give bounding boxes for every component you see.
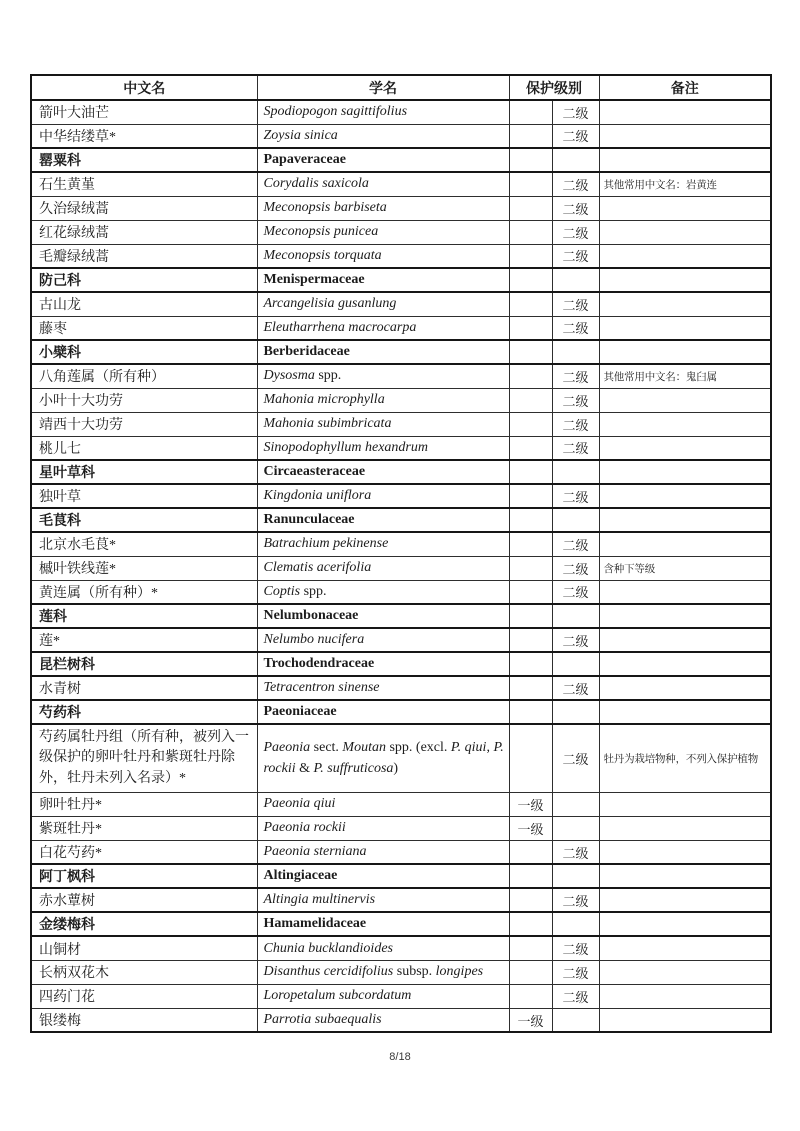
- chinese-name-cell: 红花绿绒蒿: [31, 220, 257, 244]
- chinese-name-cell: 芍药属牡丹组（所有种，被列入一级保护的卵叶牡丹和紫斑牡丹除外，牡丹未列入名录）*: [31, 724, 257, 792]
- level-2-cell: 二级: [552, 840, 599, 864]
- level-1-cell: [509, 340, 552, 364]
- level-2-cell: [552, 604, 599, 628]
- remark-cell: 含种下等级: [599, 556, 771, 580]
- remark-cell: [599, 912, 771, 936]
- level-1-cell: [509, 676, 552, 700]
- level-2-cell: 二级: [552, 960, 599, 984]
- species-row: 八角莲属（所有种）Dysosma spp.二级其他常用中文名：鬼臼属: [31, 364, 771, 388]
- col-header-remarks: 备注: [599, 75, 771, 100]
- species-row: 白花芍药*Paeonia sterniana二级: [31, 840, 771, 864]
- family-row: 毛茛科Ranunculaceae: [31, 508, 771, 532]
- species-row: 北京水毛茛*Batrachium pekinense二级: [31, 532, 771, 556]
- chinese-name-cell: 古山龙: [31, 292, 257, 316]
- scientific-name-cell: Paeoniaceae: [257, 700, 509, 724]
- level-1-cell: [509, 508, 552, 532]
- species-row: 银缕梅Parrotia subaequalis一级: [31, 1008, 771, 1032]
- scientific-name-cell: Mahonia microphylla: [257, 388, 509, 412]
- level-1-cell: [509, 840, 552, 864]
- remark-cell: [599, 604, 771, 628]
- level-1-cell: [509, 268, 552, 292]
- chinese-name-cell: 箭叶大油芒: [31, 100, 257, 124]
- species-row: 芍药属牡丹组（所有种，被列入一级保护的卵叶牡丹和紫斑牡丹除外，牡丹未列入名录）*…: [31, 724, 771, 792]
- species-row: 独叶草Kingdonia uniflora二级: [31, 484, 771, 508]
- level-1-cell: [509, 532, 552, 556]
- level-2-cell: [552, 460, 599, 484]
- scientific-name-cell: Kingdonia uniflora: [257, 484, 509, 508]
- scientific-name-cell: Tetracentron sinense: [257, 676, 509, 700]
- remark-cell: [599, 816, 771, 840]
- level-1-cell: [509, 436, 552, 460]
- level-1-cell: 一级: [509, 816, 552, 840]
- level-1-cell: [509, 984, 552, 1008]
- level-2-cell: 二级: [552, 888, 599, 912]
- level-1-cell: [509, 244, 552, 268]
- scientific-name-cell: Corydalis saxicola: [257, 172, 509, 196]
- family-row: 金缕梅科Hamamelidaceae: [31, 912, 771, 936]
- family-row: 芍药科Paeoniaceae: [31, 700, 771, 724]
- level-1-cell: [509, 912, 552, 936]
- scientific-name-cell: Loropetalum subcordatum: [257, 984, 509, 1008]
- remark-cell: [599, 1008, 771, 1032]
- level-1-cell: [509, 936, 552, 960]
- remark-cell: [599, 960, 771, 984]
- scientific-name-cell: Batrachium pekinense: [257, 532, 509, 556]
- family-row: 昆栏树科Trochodendraceae: [31, 652, 771, 676]
- scientific-name-cell: Altingia multinervis: [257, 888, 509, 912]
- level-2-cell: [552, 864, 599, 888]
- level-1-cell: [509, 460, 552, 484]
- remark-cell: [599, 840, 771, 864]
- chinese-name-cell: 藤枣: [31, 316, 257, 340]
- species-row: 黄连属（所有种）*Coptis spp.二级: [31, 580, 771, 604]
- level-2-cell: [552, 700, 599, 724]
- scientific-name-cell: Berberidaceae: [257, 340, 509, 364]
- level-1-cell: [509, 724, 552, 792]
- species-row: 紫斑牡丹*Paeonia rockii一级: [31, 816, 771, 840]
- remark-cell: [599, 124, 771, 148]
- level-2-cell: 二级: [552, 412, 599, 436]
- scientific-name-cell: Nelumbo nucifera: [257, 628, 509, 652]
- chinese-name-cell: 靖西十大功劳: [31, 412, 257, 436]
- scientific-name-cell: Mahonia subimbricata: [257, 412, 509, 436]
- level-1-cell: [509, 556, 552, 580]
- scientific-name-cell: Meconopsis barbiseta: [257, 196, 509, 220]
- species-row: 久治绿绒蒿Meconopsis barbiseta二级: [31, 196, 771, 220]
- scientific-name-cell: Trochodendraceae: [257, 652, 509, 676]
- level-2-cell: [552, 652, 599, 676]
- level-2-cell: 二级: [552, 556, 599, 580]
- remark-cell: [599, 388, 771, 412]
- remark-cell: [599, 340, 771, 364]
- remark-cell: [599, 888, 771, 912]
- chinese-name-cell: 久治绿绒蒿: [31, 196, 257, 220]
- species-row: 藤枣Eleutharrhena macrocarpa二级: [31, 316, 771, 340]
- level-2-cell: 二级: [552, 100, 599, 124]
- chinese-name-cell: 小檗科: [31, 340, 257, 364]
- level-2-cell: 二级: [552, 388, 599, 412]
- remark-cell: [599, 220, 771, 244]
- remark-cell: [599, 652, 771, 676]
- chinese-name-cell: 昆栏树科: [31, 652, 257, 676]
- remark-cell: [599, 936, 771, 960]
- chinese-name-cell: 卵叶牡丹*: [31, 792, 257, 816]
- level-1-cell: [509, 364, 552, 388]
- scientific-name-cell: Papaveraceae: [257, 148, 509, 172]
- level-1-cell: [509, 172, 552, 196]
- scientific-name-cell: Altingiaceae: [257, 864, 509, 888]
- level-2-cell: 二级: [552, 220, 599, 244]
- col-header-scientific-name: 学名: [257, 75, 509, 100]
- level-1-cell: [509, 316, 552, 340]
- level-1-cell: [509, 628, 552, 652]
- level-2-cell: [552, 1008, 599, 1032]
- level-2-cell: 二级: [552, 628, 599, 652]
- level-2-cell: 二级: [552, 244, 599, 268]
- level-1-cell: [509, 864, 552, 888]
- remark-cell: 牡丹为栽培物种，不列入保护植物: [599, 724, 771, 792]
- chinese-name-cell: 阿丁枫科: [31, 864, 257, 888]
- species-row: 毛瓣绿绒蒿Meconopsis torquata二级: [31, 244, 771, 268]
- remark-cell: [599, 628, 771, 652]
- scientific-name-cell: Meconopsis torquata: [257, 244, 509, 268]
- remark-cell: [599, 508, 771, 532]
- chinese-name-cell: 槭叶铁线莲*: [31, 556, 257, 580]
- species-row: 靖西十大功劳Mahonia subimbricata二级: [31, 412, 771, 436]
- scientific-name-cell: Dysosma spp.: [257, 364, 509, 388]
- level-2-cell: [552, 148, 599, 172]
- remark-cell: 其他常用中文名：鬼臼属: [599, 364, 771, 388]
- species-row: 中华结缕草*Zoysia sinica二级: [31, 124, 771, 148]
- species-row: 四药门花Loropetalum subcordatum二级: [31, 984, 771, 1008]
- remark-cell: [599, 244, 771, 268]
- remark-cell: [599, 580, 771, 604]
- remark-cell: [599, 436, 771, 460]
- level-2-cell: [552, 340, 599, 364]
- chinese-name-cell: 莲*: [31, 628, 257, 652]
- chinese-name-cell: 北京水毛茛*: [31, 532, 257, 556]
- scientific-name-cell: Menispermaceae: [257, 268, 509, 292]
- remark-cell: [599, 984, 771, 1008]
- chinese-name-cell: 中华结缕草*: [31, 124, 257, 148]
- chinese-name-cell: 山铜材: [31, 936, 257, 960]
- protected-plants-table: 中文名 学名 保护级别 备注 箭叶大油芒Spodiopogon sagittif…: [30, 74, 772, 1033]
- level-1-cell: [509, 412, 552, 436]
- level-2-cell: 二级: [552, 676, 599, 700]
- scientific-name-cell: Circaeasteraceae: [257, 460, 509, 484]
- col-header-protection-level: 保护级别: [509, 75, 599, 100]
- chinese-name-cell: 小叶十大功劳: [31, 388, 257, 412]
- document-page: 中文名 学名 保护级别 备注 箭叶大油芒Spodiopogon sagittif…: [0, 0, 800, 1063]
- chinese-name-cell: 长柄双花木: [31, 960, 257, 984]
- species-row: 莲*Nelumbo nucifera二级: [31, 628, 771, 652]
- level-1-cell: [509, 292, 552, 316]
- chinese-name-cell: 芍药科: [31, 700, 257, 724]
- scientific-name-cell: Coptis spp.: [257, 580, 509, 604]
- level-1-cell: [509, 388, 552, 412]
- scientific-name-cell: Arcangelisia gusanlung: [257, 292, 509, 316]
- level-1-cell: [509, 960, 552, 984]
- remark-cell: [599, 484, 771, 508]
- scientific-name-cell: Ranunculaceae: [257, 508, 509, 532]
- col-header-chinese-name: 中文名: [31, 75, 257, 100]
- level-2-cell: 二级: [552, 316, 599, 340]
- level-1-cell: [509, 148, 552, 172]
- level-1-cell: [509, 604, 552, 628]
- family-row: 星叶草科Circaeasteraceae: [31, 460, 771, 484]
- remark-cell: [599, 268, 771, 292]
- remark-cell: [599, 316, 771, 340]
- level-2-cell: 二级: [552, 580, 599, 604]
- scientific-name-cell: Hamamelidaceae: [257, 912, 509, 936]
- species-row: 红花绿绒蒿Meconopsis punicea二级: [31, 220, 771, 244]
- scientific-name-cell: Parrotia subaequalis: [257, 1008, 509, 1032]
- scientific-name-cell: Nelumbonaceae: [257, 604, 509, 628]
- scientific-name-cell: Clematis acerifolia: [257, 556, 509, 580]
- species-row: 古山龙Arcangelisia gusanlung二级: [31, 292, 771, 316]
- remark-cell: [599, 700, 771, 724]
- remark-cell: [599, 412, 771, 436]
- level-1-cell: 一级: [509, 792, 552, 816]
- remark-cell: [599, 532, 771, 556]
- species-row: 箭叶大油芒Spodiopogon sagittifolius二级: [31, 100, 771, 124]
- level-1-cell: [509, 888, 552, 912]
- chinese-name-cell: 四药门花: [31, 984, 257, 1008]
- header-row: 中文名 学名 保护级别 备注: [31, 75, 771, 100]
- chinese-name-cell: 金缕梅科: [31, 912, 257, 936]
- chinese-name-cell: 罂粟科: [31, 148, 257, 172]
- species-row: 石生黄堇Corydalis saxicola二级其他常用中文名：岩黄连: [31, 172, 771, 196]
- chinese-name-cell: 银缕梅: [31, 1008, 257, 1032]
- chinese-name-cell: 水青树: [31, 676, 257, 700]
- level-1-cell: [509, 196, 552, 220]
- level-1-cell: [509, 700, 552, 724]
- remark-cell: 其他常用中文名：岩黄连: [599, 172, 771, 196]
- scientific-name-cell: Disanthus cercidifolius subsp. longipes: [257, 960, 509, 984]
- level-2-cell: 二级: [552, 532, 599, 556]
- page-number: 8/18: [0, 1051, 800, 1063]
- remark-cell: [599, 196, 771, 220]
- scientific-name-cell: Paeonia rockii: [257, 816, 509, 840]
- chinese-name-cell: 桃儿七: [31, 436, 257, 460]
- scientific-name-cell: Paeonia sterniana: [257, 840, 509, 864]
- chinese-name-cell: 独叶草: [31, 484, 257, 508]
- species-row: 长柄双花木Disanthus cercidifolius subsp. long…: [31, 960, 771, 984]
- chinese-name-cell: 防己科: [31, 268, 257, 292]
- family-row: 罂粟科Papaveraceae: [31, 148, 771, 172]
- level-1-cell: [509, 100, 552, 124]
- scientific-name-cell: Meconopsis punicea: [257, 220, 509, 244]
- species-row: 水青树Tetracentron sinense二级: [31, 676, 771, 700]
- level-2-cell: 二级: [552, 172, 599, 196]
- level-2-cell: 二级: [552, 124, 599, 148]
- chinese-name-cell: 毛茛科: [31, 508, 257, 532]
- remark-cell: [599, 100, 771, 124]
- species-row: 小叶十大功劳Mahonia microphylla二级: [31, 388, 771, 412]
- chinese-name-cell: 星叶草科: [31, 460, 257, 484]
- chinese-name-cell: 紫斑牡丹*: [31, 816, 257, 840]
- species-row: 卵叶牡丹*Paeonia qiui一级: [31, 792, 771, 816]
- scientific-name-cell: Paeonia sect. Moutan spp. (excl. P. qiui…: [257, 724, 509, 792]
- chinese-name-cell: 毛瓣绿绒蒿: [31, 244, 257, 268]
- level-2-cell: [552, 816, 599, 840]
- remark-cell: [599, 148, 771, 172]
- level-1-cell: [509, 484, 552, 508]
- level-2-cell: [552, 792, 599, 816]
- level-2-cell: 二级: [552, 196, 599, 220]
- species-row: 山铜材Chunia bucklandioides二级: [31, 936, 771, 960]
- level-2-cell: 二级: [552, 984, 599, 1008]
- scientific-name-cell: Zoysia sinica: [257, 124, 509, 148]
- chinese-name-cell: 八角莲属（所有种）: [31, 364, 257, 388]
- species-row: 槭叶铁线莲*Clematis acerifolia二级含种下等级: [31, 556, 771, 580]
- level-1-cell: [509, 580, 552, 604]
- level-2-cell: 二级: [552, 484, 599, 508]
- family-row: 小檗科Berberidaceae: [31, 340, 771, 364]
- level-2-cell: [552, 268, 599, 292]
- chinese-name-cell: 赤水蕈树: [31, 888, 257, 912]
- level-2-cell: 二级: [552, 436, 599, 460]
- family-row: 阿丁枫科Altingiaceae: [31, 864, 771, 888]
- table-body: 箭叶大油芒Spodiopogon sagittifolius二级中华结缕草*Zo…: [31, 100, 771, 1032]
- level-1-cell: [509, 652, 552, 676]
- scientific-name-cell: Chunia bucklandioides: [257, 936, 509, 960]
- remark-cell: [599, 460, 771, 484]
- species-row: 赤水蕈树Altingia multinervis二级: [31, 888, 771, 912]
- remark-cell: [599, 676, 771, 700]
- remark-cell: [599, 792, 771, 816]
- level-2-cell: 二级: [552, 364, 599, 388]
- level-1-cell: [509, 124, 552, 148]
- chinese-name-cell: 石生黄堇: [31, 172, 257, 196]
- level-2-cell: 二级: [552, 724, 599, 792]
- chinese-name-cell: 黄连属（所有种）*: [31, 580, 257, 604]
- family-row: 防己科Menispermaceae: [31, 268, 771, 292]
- scientific-name-cell: Paeonia qiui: [257, 792, 509, 816]
- level-1-cell: 一级: [509, 1008, 552, 1032]
- level-2-cell: 二级: [552, 292, 599, 316]
- scientific-name-cell: Eleutharrhena macrocarpa: [257, 316, 509, 340]
- table-header: 中文名 学名 保护级别 备注: [31, 75, 771, 100]
- family-row: 莲科Nelumbonaceae: [31, 604, 771, 628]
- scientific-name-cell: Sinopodophyllum hexandrum: [257, 436, 509, 460]
- chinese-name-cell: 莲科: [31, 604, 257, 628]
- scientific-name-cell: Spodiopogon sagittifolius: [257, 100, 509, 124]
- level-2-cell: [552, 508, 599, 532]
- level-2-cell: [552, 912, 599, 936]
- remark-cell: [599, 292, 771, 316]
- species-row: 桃儿七Sinopodophyllum hexandrum二级: [31, 436, 771, 460]
- level-1-cell: [509, 220, 552, 244]
- level-2-cell: 二级: [552, 936, 599, 960]
- chinese-name-cell: 白花芍药*: [31, 840, 257, 864]
- remark-cell: [599, 864, 771, 888]
